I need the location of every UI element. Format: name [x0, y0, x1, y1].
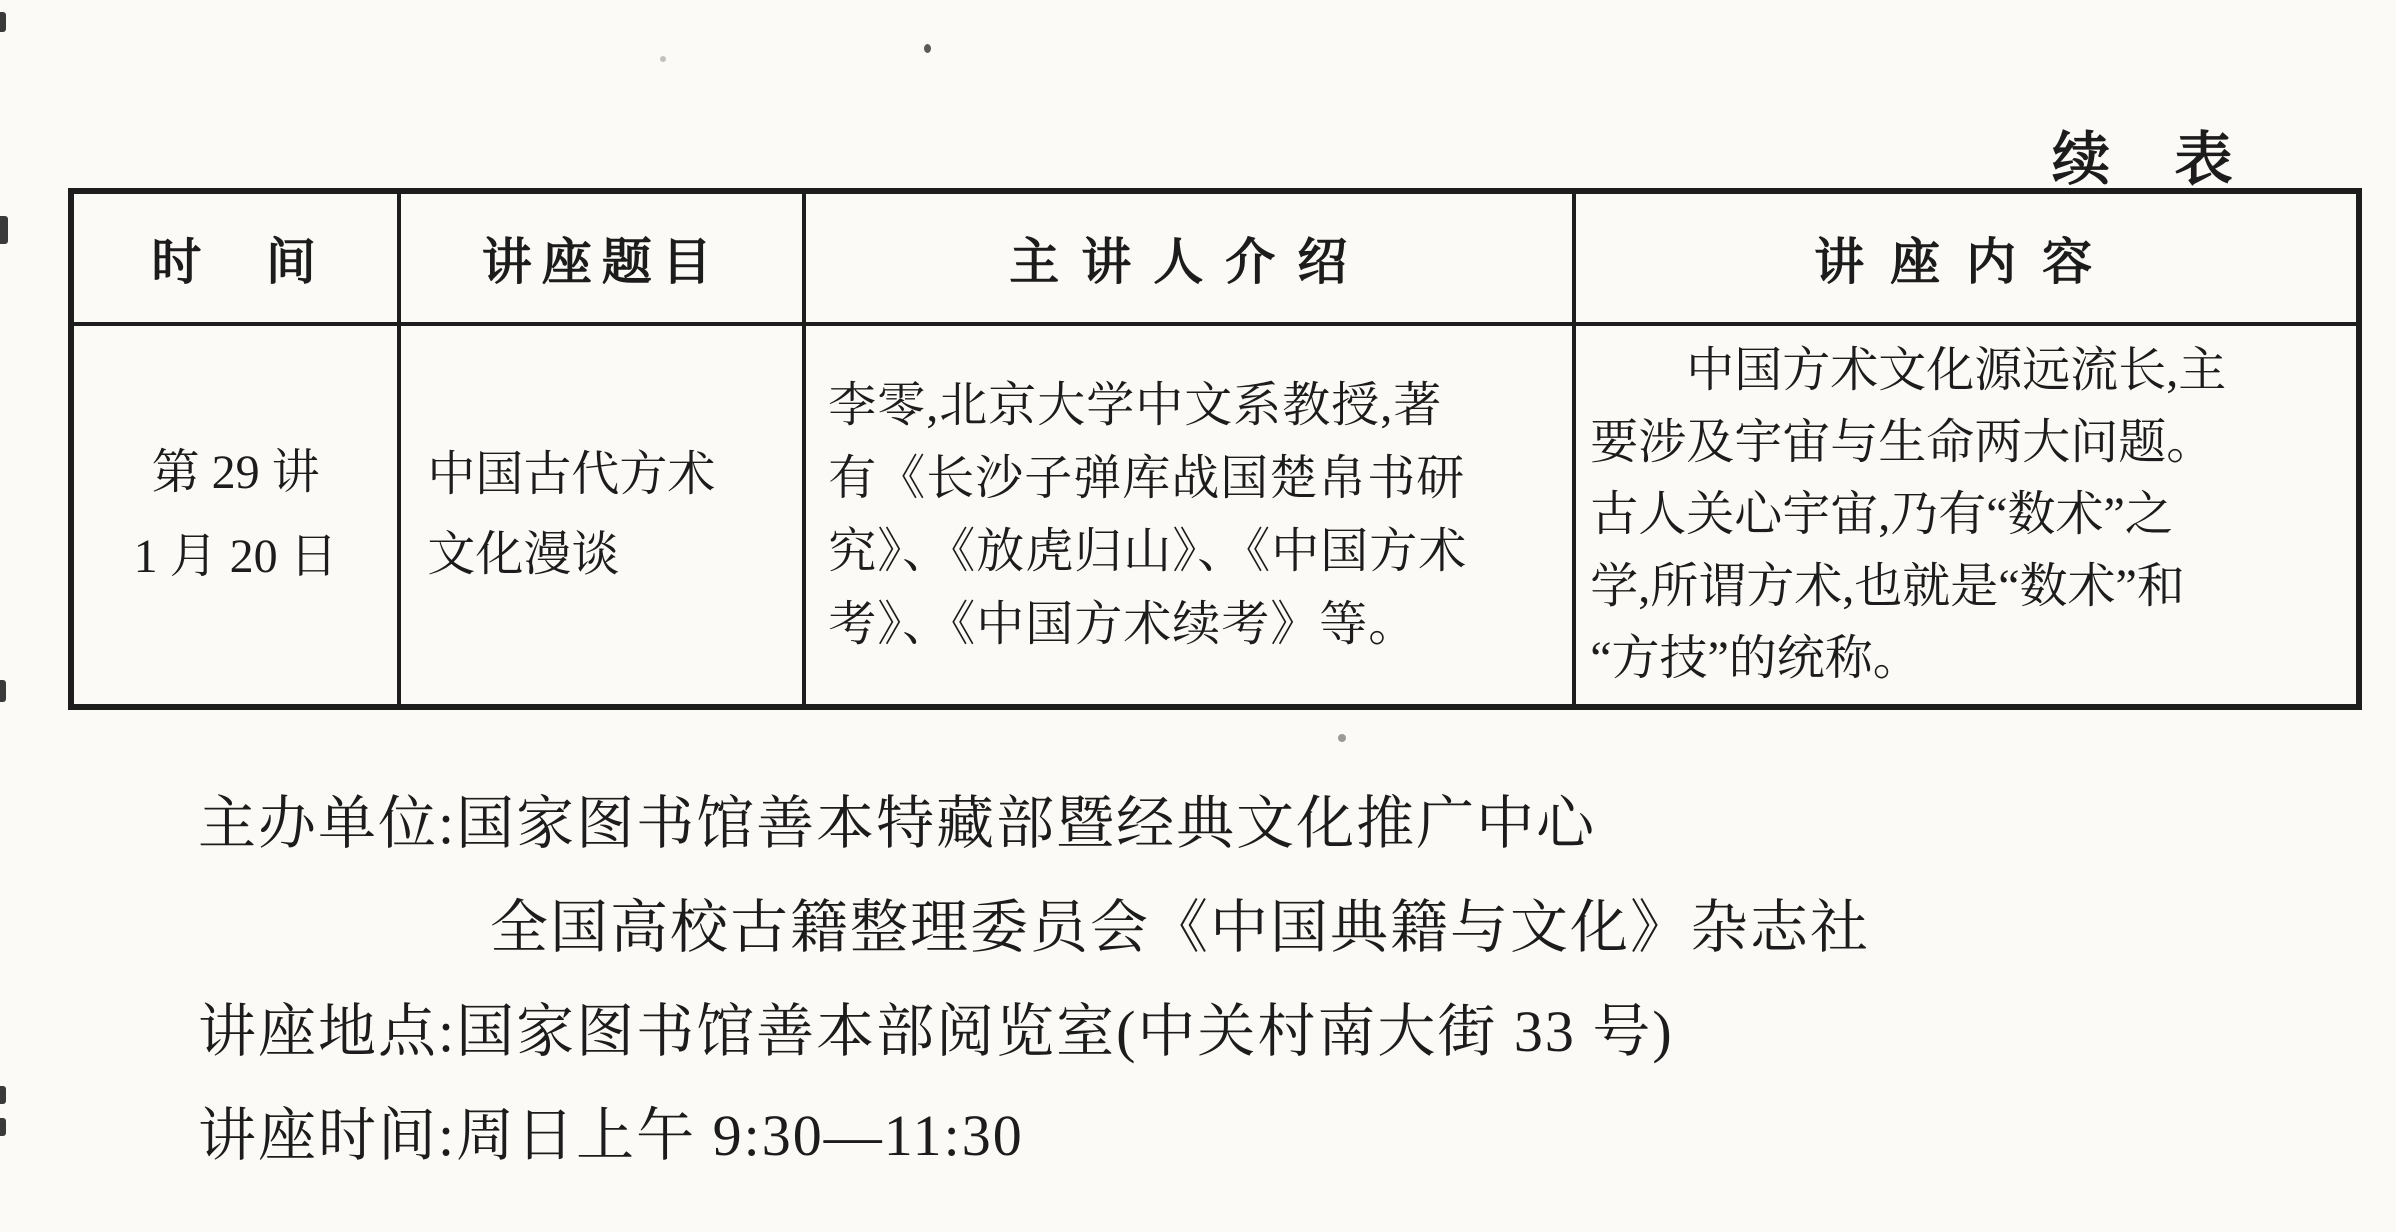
lecture-date: 1 月 20 日	[75, 515, 396, 599]
scan-speck-artifact	[924, 44, 931, 53]
table-row: 第 29 讲 1 月 20 日 中国古代方术 文化漫谈 李零,北京大学中文系教授…	[71, 324, 2359, 707]
column-header-title: 讲座题目	[399, 191, 804, 324]
cell-speaker-intro: 李零,北京大学中文系教授,著 有《长沙子弹库战国楚帛书研 究》、《放虎归山》、《…	[804, 324, 1574, 707]
scan-edge-artifact	[0, 1118, 6, 1136]
speaker-intro-line: 究》、《放虎归山》、《中国方术	[828, 515, 1562, 588]
scan-edge-artifact	[0, 12, 6, 32]
lecture-title-line: 文化漫谈	[427, 515, 801, 595]
lecture-content-line: 中国方术文化源远流长,主	[1590, 335, 2344, 407]
lecture-content-line: 古人关心宇宙,乃有“数术”之	[1590, 479, 2344, 551]
cell-lecture-time: 第 29 讲 1 月 20 日	[71, 324, 399, 707]
lecture-number: 第 29 讲	[75, 431, 396, 515]
speaker-intro-line: 有《长沙子弹库战国楚帛书研	[828, 442, 1562, 515]
scan-speck-artifact	[1338, 734, 1346, 742]
cell-lecture-title: 中国古代方术 文化漫谈	[399, 324, 804, 707]
scanned-document-page: 续 表 时 间 讲座题目 主讲人介绍 讲座内容 第 29 讲 1 月 20 日	[0, 0, 2396, 1232]
speaker-intro-line: 考》、《中国方术续考》等。	[828, 588, 1562, 661]
lecture-content-line: “方技”的统称。	[1590, 623, 2344, 695]
lecture-content-line: 要涉及宇宙与生命两大问题。	[1590, 407, 2344, 479]
scan-edge-artifact	[0, 216, 8, 244]
lecture-time-line: 讲座时间:周日上午 9:30—11:30	[198, 1084, 1870, 1188]
lecture-content-line: 学,所谓方术,也就是“数术”和	[1590, 551, 2344, 623]
table-header-row: 时 间 讲座题目 主讲人介绍 讲座内容	[71, 191, 2359, 324]
lecture-location-line: 讲座地点:国家图书馆善本部阅览室(中关村南大街 33 号)	[198, 980, 1870, 1084]
organizer-line: 主办单位:国家图书馆善本特藏部暨经典文化推广中心	[198, 772, 1870, 876]
lecture-title-line: 中国古代方术	[427, 435, 801, 515]
continued-table-label: 续 表	[2052, 112, 2241, 196]
speaker-intro-line: 李零,北京大学中文系教授,著	[828, 369, 1562, 442]
event-info-block: 主办单位:国家图书馆善本特藏部暨经典文化推广中心 全国高校古籍整理委员会《中国典…	[198, 772, 1870, 1188]
column-header-speaker: 主讲人介绍	[804, 191, 1574, 324]
cell-lecture-content: 中国方术文化源远流长,主 要涉及宇宙与生命两大问题。 古人关心宇宙,乃有“数术”…	[1574, 324, 2359, 707]
scan-speck-artifact	[660, 56, 666, 62]
scan-edge-artifact	[0, 680, 6, 702]
lecture-schedule-table: 时 间 讲座题目 主讲人介绍 讲座内容 第 29 讲 1 月 20 日 中国古代…	[68, 188, 2362, 710]
column-header-content: 讲座内容	[1574, 191, 2359, 324]
scan-edge-artifact	[0, 1086, 6, 1104]
organizer-line-2: 全国高校古籍整理委员会《中国典籍与文化》杂志社	[198, 876, 1870, 980]
column-header-time: 时 间	[71, 191, 399, 324]
